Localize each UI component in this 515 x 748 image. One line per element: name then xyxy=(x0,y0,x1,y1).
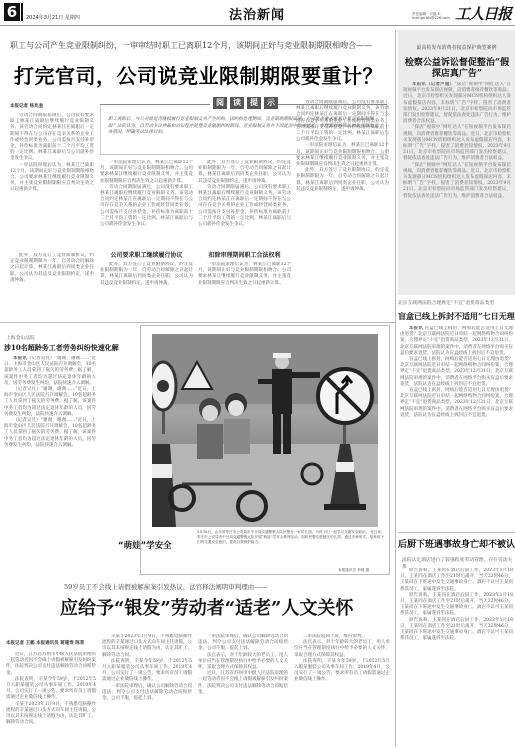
paragraph: 此外，双方签订了竞业限制协议，约定竞业限制期限为一年，自劳动合同解除之日起计算。… xyxy=(10,253,94,284)
right-divider xyxy=(398,532,515,533)
lead-column-3: 此外，双方签订了竞业限制协议，约定竞业限制期限为一年，自劳动合同解除之日起计算。… xyxy=(198,160,291,245)
paragraph: 劳动合同期限届满后，公司没有要求职工林某江离职后继续履行竞业限制义务。该劳动合同… xyxy=(296,100,389,143)
paragraph: 劳动合同期限届满后，公司没有要求职工林某江离职后继续履行竞业限制义务。该劳动合同… xyxy=(100,185,193,228)
paragraph: 盲盒已线上拆封，网购后能否适用七日无理由退货？北京互联网法院近日审结一起网络购物… xyxy=(400,388,513,419)
lead-column-4: 劳动合同期限届满后，公司没有要求职工林某江离职后继续履行竞业限制义务。该劳动合同… xyxy=(296,100,389,320)
bottom-column-1: 近日，江苏省苏州市中级人民法院审理的一起劳动者因不会线上请假被解雇引发纠纷案件，… xyxy=(6,652,96,746)
lead-column-1b: 此外，双方签订了竞业限制协议，约定竞业限制期限为一年，自劳动合同解除之日起计算。… xyxy=(10,253,94,318)
right-story-2-headline: 后厨下班遇事故身亡却不被认“员工” xyxy=(398,537,515,550)
paragraph: 法院查明，辛某今年59岁，于2012年5月入职某服装公司从事车间工作。2019年… xyxy=(294,659,390,684)
no-u-turn-sign-icon xyxy=(318,369,372,444)
paragraph: 法院查明，辛某今年59岁，于2012年5月入职某服装公司从事车间工作。2019年… xyxy=(102,659,192,684)
lead-headline: 打完官司，公司说竞业限制期限要重计？ xyxy=(14,60,383,89)
sidebar-body: 本报讯（记者卢越）“探店”视频中“网红达人”在短视频平台发布探店视频，向消费者推… xyxy=(403,82,511,287)
lead-subhead-2: 扣除审理期间职工合法权利 xyxy=(198,250,291,259)
photo-title: “萌娃”学安全 xyxy=(118,539,172,551)
paragraph: 一审法院审理后认为，林某江已离职12个月，该期间正好与竞业限制期限相吻合。公司要… xyxy=(296,143,389,168)
paragraph: “探店”视频中“网红达人”在短视频平台发布探店视频，向消费者推荐餐饮等商品。近日… xyxy=(403,125,511,162)
right-story-1-kicker: 北京互联网法院合理界定“不宜”退货商品类型 xyxy=(398,299,515,306)
masthead: 6 2024年3月21日 星期四 法治新闻 责任编辑：卢越 E-mail:grr… xyxy=(0,0,515,26)
bottom-column-4: 二审法院驳回上诉，维持原判。 法官表示，对于年龄较大的老员工，用人单位应当在管理… xyxy=(294,634,390,746)
lead-column-1: 劳动合同期限届满后，公司没有要求职工林某江离职后继续履行竞业限制义务。该劳动合同… xyxy=(10,113,94,253)
paragraph: （记者吴凡）“谢谢，谢谢……”近日，上海市金山区人民法院召开调解会，10名超龄务… xyxy=(4,387,96,418)
photo-credit: 本报通讯员 李强 摄 xyxy=(338,568,369,573)
photo-caption: 3月18日，山东省枣庄市公安局市中分局交通警察大队民警在一家幼儿园，为孩子们一起… xyxy=(197,530,385,546)
bottom-story-headline: 应给予“银发”劳动者“适老”人文关怀 xyxy=(60,594,353,620)
bottom-column-2: 辛某于2023年1月9日，不熟悉电脑操作流程的辛某通过口头方式向车间主任请假，公… xyxy=(102,634,192,746)
sidebar-kicker: 最高检发布消费者权益保护典型案例 xyxy=(398,44,515,51)
issue-date: 2024年3月21日 星期四 xyxy=(26,14,80,21)
sidebar-headline: 检察公益诉讼督促整治“假探店真广告” xyxy=(402,58,512,80)
paragraph: 盲盒已线上拆封，网购后能否适用七日无理由退货？北京互联网法院近日审结一起网络购物… xyxy=(400,357,513,388)
paragraph: 辛某于2023年1月9日，不熟悉电脑操作流程的辛某通过口头方式向车间主任请假，公… xyxy=(102,634,192,659)
paragraph: 此外，双方签订了竞业限制协议，约定竞业限制期限为一年，自劳动合同解除之日起计算。… xyxy=(198,160,291,185)
paragraph: 一审法院审理后认为，林某江已离职12个月，该期间正好与竞业限制期限相吻合。公司要… xyxy=(198,262,291,287)
paragraph: 法官表示，对于年龄较大的老员工，用人单位应当在管理制度执行中给予必要的人文关怀，… xyxy=(294,640,390,659)
right-story-1-dateline: 本报讯 xyxy=(409,326,423,331)
paragraph: 本报讯 盲盒已线上拆封，网购后能否适用七日无理由退货？北京互联网法院近日审结一起… xyxy=(400,326,513,357)
paragraph: 一审法院审理后，确认公司解除劳动合同违法，判令公司支付违法解除劳动合同赔偿金。公… xyxy=(198,634,288,653)
bottom-story-byline: 本报记者 王鹤 本报通讯员 蒋建寿 陈菲 xyxy=(6,640,84,646)
bottom-story-kicker: 59岁员工不会线上请假被解雇案引发热议，法官释法阐明审判理由—— xyxy=(64,582,267,591)
right-story-2-body: 原告诉称，王某同在酒店后厨工作，2023年1月18日，王某同在酒店工作至21时后… xyxy=(400,568,513,746)
paragraph: 本报讯（记者卢越）“探店”视频中“网红达人”在短视频平台发布探店视频，向消费者推… xyxy=(403,82,511,125)
paragraph: 原告诉称，王某同在酒店后厨工作，2023年1月18日，王某同在酒店工作至21时后… xyxy=(400,618,513,643)
paragraph: 本报讯（记者吴凡）“谢谢，谢谢……”近日，上海市金山区人民法院召开调解会，10名… xyxy=(4,356,96,387)
lead-column-2: 一审法院审理后认为，林某江已离职12个月，该期间正好与竞业限制期限相吻合。公司要… xyxy=(100,160,193,245)
paragraph: 此外，双方签订了竞业限制协议，约定竞业限制期限为一年，自劳动合同解除之日起计算。… xyxy=(100,262,193,287)
sidebar-story: 最高检发布消费者权益保护典型案例 检察公益诉讼督促整治“假探店真广告” 本报讯（… xyxy=(398,30,515,295)
paragraph: 劳动合同期限届满后，公司没有要求职工林某江离职后继续履行竞业限制义务。该劳动合同… xyxy=(198,185,291,228)
left-story-kicker: 上海金山法院 xyxy=(6,334,35,341)
lead-bottom-divider xyxy=(0,322,395,323)
page-number-bar xyxy=(21,3,23,21)
paragraph: 一审法院审理后认为，林某江已离职12个月，该期间正好与竞业限制期限相吻合。公司要… xyxy=(100,160,193,185)
news-photo-kids-traffic-safety xyxy=(152,334,378,527)
paragraph: 近日，江苏省苏州市中级人民法院审理的一起劳动者因不会线上请假被解雇引发纠纷案件，… xyxy=(6,652,96,677)
right-story-1-body: 本报讯 盲盒已线上拆封，网购后能否适用七日无理由退货？北京互联网法院近日审结一起… xyxy=(400,326,513,526)
paragraph: 法官表示，对于年龄较大的老员工，用人单位应当在管理制度执行中给予必要的人文关怀，… xyxy=(198,653,288,672)
left-story-dateline: 本报讯 xyxy=(13,356,27,361)
right-story-1-headline: 盲盒已线上拆封不适用“七日无理由退货” xyxy=(398,311,515,322)
paragraph: 此外，双方签订了竞业限制协议，约定竞业限制期限为一年，自劳动合同解除之日起计算。… xyxy=(296,168,389,193)
editor-info: 责任编辑：卢越 E-mail:grrbfz@126.com xyxy=(412,12,452,20)
paragraph: 原告诉称，王某同在酒店后厨工作，2023年1月18日，王某同在酒店工作至21时后… xyxy=(400,568,513,593)
lead-column-2b: 此外，双方签订了竞业限制协议，约定竞业限制期限为一年，自劳动合同解除之日起计算。… xyxy=(100,262,193,320)
paragraph: 一审法院审理后认为，林某江已离职12个月，该期间正好与竞业限制期限相吻合。公司要… xyxy=(10,163,94,194)
column-divider-right xyxy=(395,30,396,746)
paragraph: 近日，江苏省苏州市中级人民法院审理的一起劳动者因不会线上请假被解雇引发纠纷案件，… xyxy=(198,671,288,696)
lead-byline: 本报记者 杨兆奎 xyxy=(10,103,43,109)
photo-illustration xyxy=(152,334,378,527)
newspaper-logo: 工人日报 xyxy=(455,3,511,24)
paragraph: 劳动合同期限届满后，公司没有要求职工林某江离职后继续履行竞业限制义务。该劳动合同… xyxy=(10,113,94,163)
paragraph: 一审法院审理后，确认公司解除劳动合同违法，判令公司支付违法解除劳动合同赔偿金。公… xyxy=(102,684,192,703)
paragraph: 法院查明，辛某今年59岁，于2012年5月入职某服装公司从事车间工作。2019年… xyxy=(6,677,96,702)
paragraph: 原告诉称，王某同在酒店后厨工作，2023年1月18日，王某同在酒店工作至21时后… xyxy=(400,593,513,618)
sidebar-text: “探店”视频中“网红达人”在短视频平台发布探店视频，向消费者推荐餐饮等商品。近日… xyxy=(403,82,511,124)
sidebar-dateline: 本报讯（记者卢越） xyxy=(412,82,454,87)
section-title: 法治新闻 xyxy=(229,4,285,23)
left-story-body: 本报讯（记者吴凡）“谢谢，谢谢……”近日，上海市金山区人民法院召开调解会，10名… xyxy=(4,356,96,521)
page-number: 6 xyxy=(4,3,20,21)
bottom-column-3: 一审法院审理后，确认公司解除劳动合同违法，判令公司支付违法解除劳动合同赔偿金。公… xyxy=(198,634,288,746)
paragraph: 辛某于2023年1月9日，不熟悉电脑操作流程的辛某通过口头方式向车间主任请假，公… xyxy=(6,702,96,727)
lead-column-3b: 一审法院审理后认为，林某江已离职12个月，该期间正好与竞业限制期限相吻合。公司要… xyxy=(198,262,291,320)
lead-subhead-1: 公司要求职工继续履行协议 xyxy=(100,250,193,259)
paragraph: （记者吴凡）“谢谢，谢谢……”近日，上海市金山区人民法院召开调解会，10名超龄务… xyxy=(4,418,96,449)
left-story-headline: 涉10名超龄务工者劳务纠纷快速化解 xyxy=(4,343,119,353)
lead-kicker: 职工与公司产生竞业限制纠纷，一审审结时职工已离职12个月，该期间正好与竞业限制期… xyxy=(10,40,372,51)
no-motorcycle-sign-icon xyxy=(152,362,176,434)
paragraph: “探店”视频中“网红达人”在短视频平台发布探店视频，向消费者推荐餐饮等商品。近日… xyxy=(403,163,511,200)
